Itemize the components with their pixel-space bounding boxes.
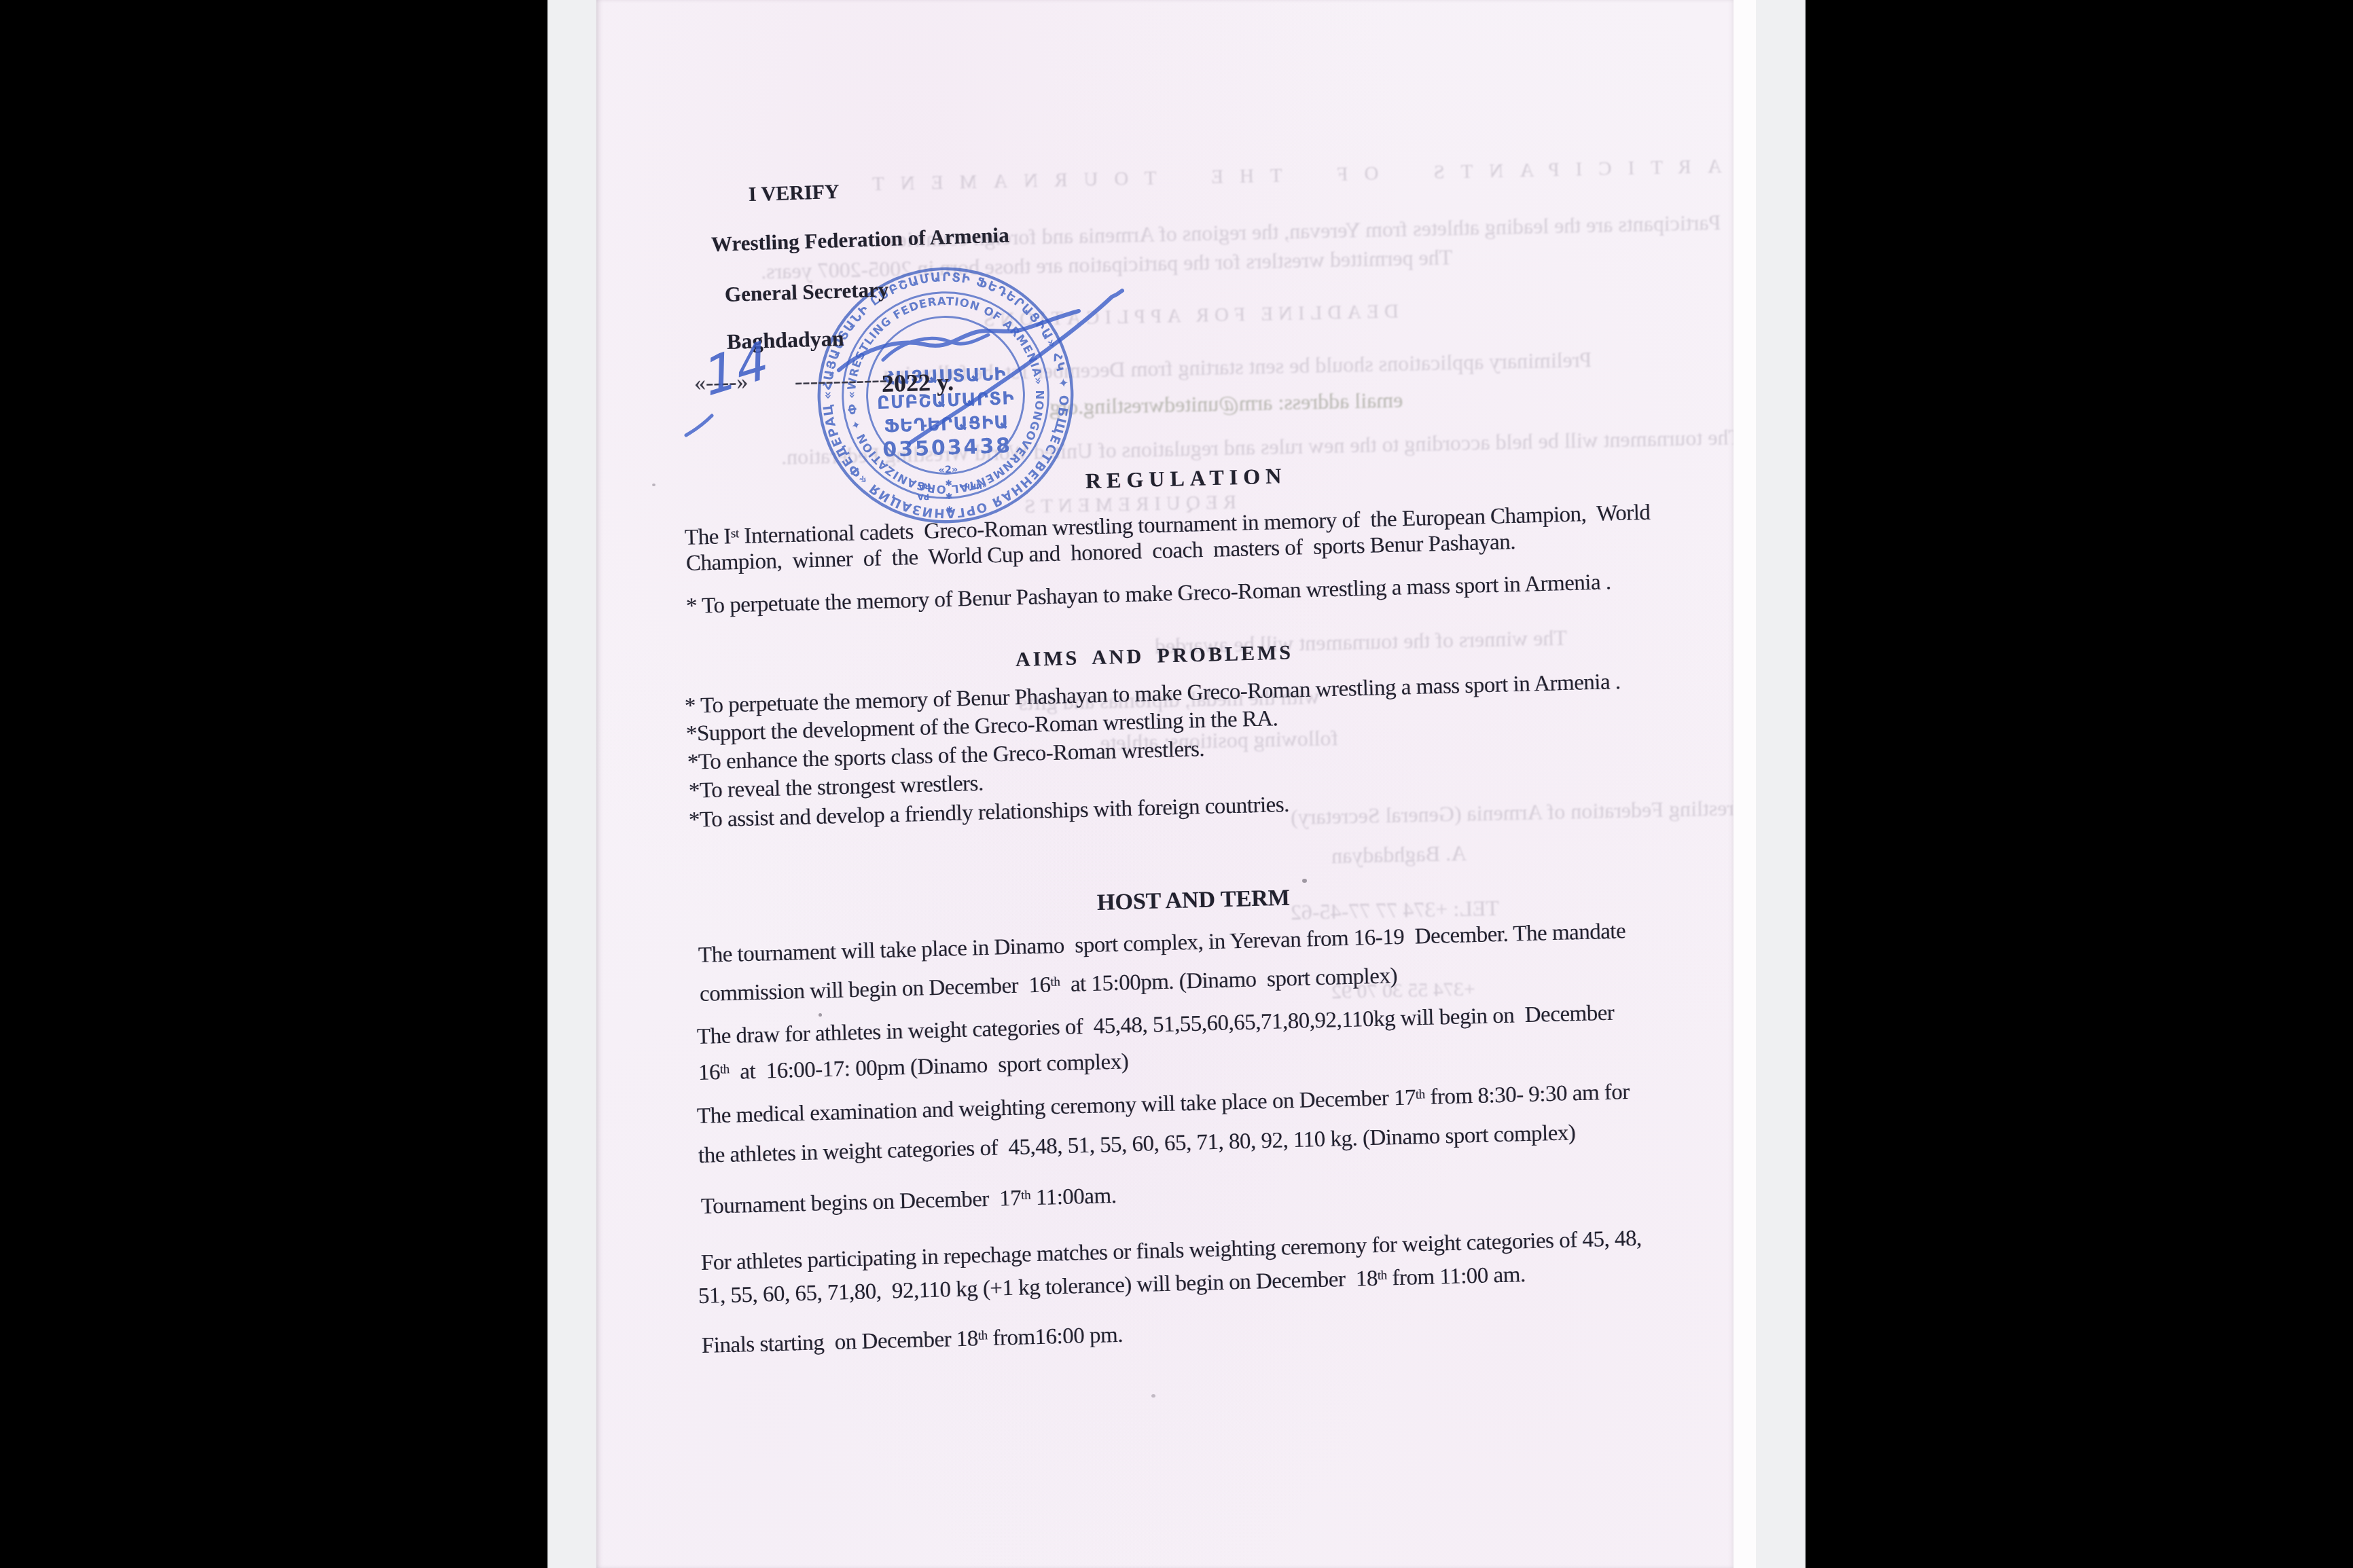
- superscript: st: [731, 526, 739, 541]
- stamp-ra-cyrillic: РА: [917, 492, 929, 502]
- superscript: th: [1050, 975, 1060, 989]
- stamp-star-2: ✱: [946, 491, 953, 501]
- signer-role: General Secretary: [724, 277, 888, 307]
- stamp-star-1: ✱: [945, 478, 952, 488]
- letterbox-right: [1806, 0, 2353, 1568]
- date-month-placeholder: ------------: [795, 367, 888, 395]
- stamp-duplicate-mark: «2»: [938, 464, 958, 476]
- ghost-signature-name: A. Baghdadyan: [1331, 841, 1467, 869]
- stamp-center-line3: ՖԵԴԵՐԱՑԻԱ: [884, 412, 1009, 437]
- superscript: th: [977, 1328, 987, 1343]
- date-year: 2022 y.: [881, 367, 954, 398]
- text-segment: 16: [698, 1060, 721, 1085]
- text-segment: The I: [685, 524, 732, 550]
- text-segment: from 8:30- 9:30 am for: [1424, 1080, 1630, 1110]
- stamp-registration-number: 03503438: [882, 434, 1013, 462]
- text-segment: from16:00 pm.: [987, 1323, 1123, 1351]
- stamp-ra-latin: RA: [918, 481, 931, 492]
- superscript: th: [1416, 1087, 1425, 1101]
- verify-label: I VERIFY: [748, 181, 840, 206]
- scanner-background-left: [547, 0, 596, 1568]
- scan-speck: [652, 484, 655, 486]
- scan-speck: [819, 1013, 822, 1017]
- superscript: th: [1021, 1188, 1030, 1203]
- scan-speck: [1302, 879, 1307, 883]
- stamp-inn-label: «ИНН»: [959, 481, 987, 491]
- heading-host: HOST AND TERM: [1097, 886, 1291, 916]
- text-segment: from 11:00 am.: [1386, 1262, 1526, 1290]
- title-regulation: REGULATION: [1085, 463, 1287, 494]
- superscript: th: [720, 1062, 730, 1076]
- text-segment: 11:00am.: [1030, 1184, 1117, 1210]
- scanner-background-right: [1756, 0, 1806, 1568]
- stamp-star-3: ✱: [946, 504, 953, 514]
- ghost-tel: TEL: +374 77 77-45-62: [1291, 896, 1500, 925]
- scanned-document: PARTICIPANTS OF THE TOURNAMENTParticipan…: [0, 0, 2353, 1568]
- scan-speck: [1151, 1394, 1155, 1398]
- paper-edge-highlight: [1734, 0, 1756, 1568]
- superscript: th: [1378, 1269, 1387, 1283]
- letterbox-left: [0, 0, 547, 1568]
